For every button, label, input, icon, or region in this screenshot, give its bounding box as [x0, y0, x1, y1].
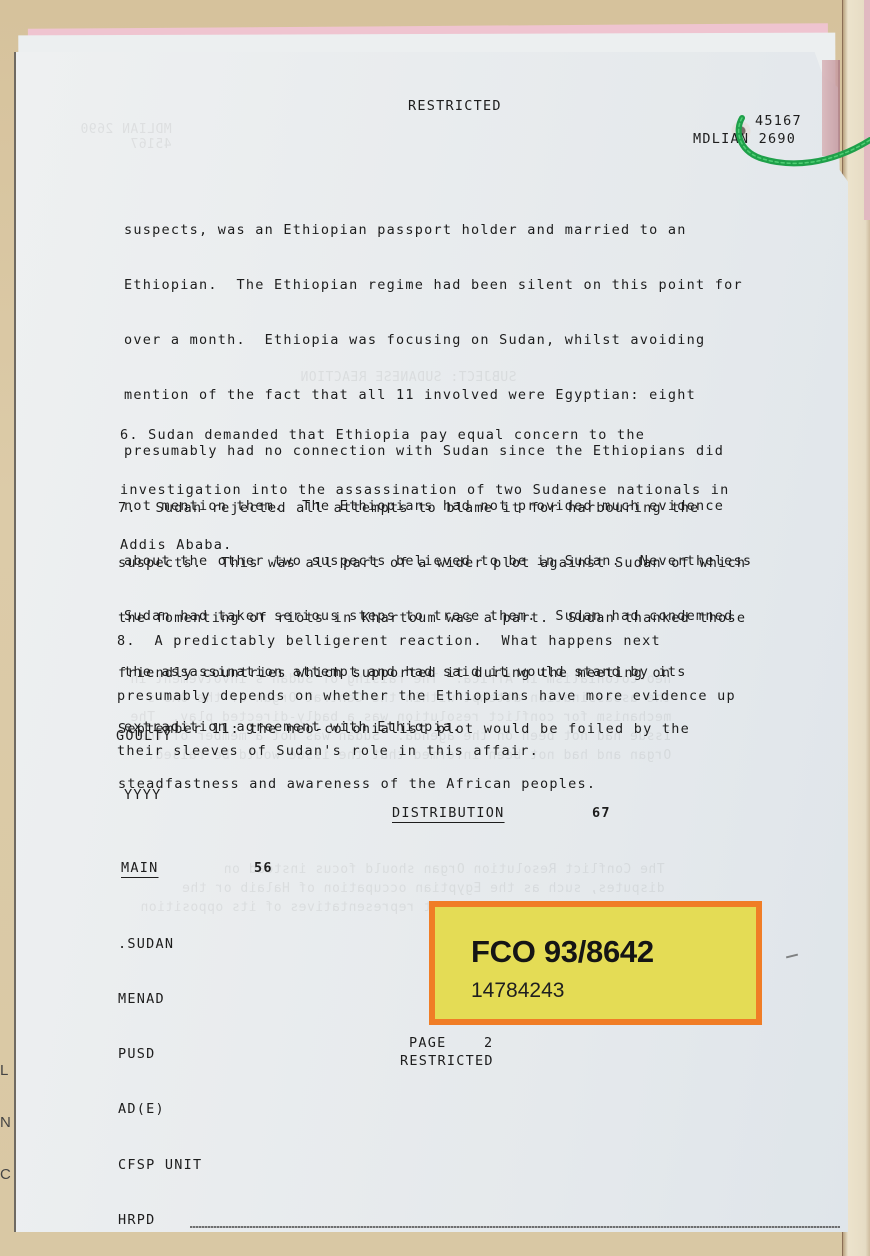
text-line: suspects, was an Ethiopian passport hold… [124, 221, 752, 239]
edge-letter: L [0, 1062, 12, 1114]
folder-edge-letters: L N C [0, 1062, 12, 1218]
text-line: presumably depends on whether the Ethiop… [117, 687, 736, 705]
folder-edge-line [190, 1226, 840, 1228]
main-distribution-label: MAIN [121, 859, 159, 877]
recipient: MENAD [118, 990, 202, 1008]
text-line: 8. A predictably belligerent reaction. W… [117, 632, 736, 650]
edge-letter: C [0, 1166, 12, 1218]
text-line: 7. Sudan rejected all attempts to blame … [118, 499, 746, 517]
archive-reference-label: FCO 93/8642 14784243 [429, 901, 762, 1025]
recipient: AD(E) [118, 1100, 202, 1118]
text-line: suspects. This was all part of a wider p… [118, 554, 746, 572]
archive-reference: FCO 93/8642 [471, 934, 654, 970]
edge-letter: N [0, 1114, 12, 1166]
reference-number: 45167 [755, 112, 802, 130]
archive-id: 14784243 [471, 979, 564, 1003]
recipient: PUSD [118, 1045, 202, 1063]
reference-code: MDLIAN 2690 [693, 130, 796, 148]
text-line: 6. Sudan demanded that Ethiopia pay equa… [120, 426, 730, 444]
page-number: PAGE 2 [409, 1034, 493, 1052]
distribution-list: .SUDAN MENAD PUSD AD(E) CFSP UNIT HRPD [118, 898, 202, 1248]
main-distribution-count: 56 [254, 859, 273, 877]
signature: GOULTY [116, 727, 172, 745]
recipient: CFSP UNIT [118, 1156, 202, 1174]
classification-footer: RESTRICTED [400, 1052, 494, 1070]
text-line: their sleeves of Sudan's role in this af… [117, 742, 736, 760]
distribution-label: DISTRIBUTION [392, 804, 505, 822]
text-line: over a month. Ethiopia was focusing on S… [124, 331, 752, 349]
text-line: Ethiopian. The Ethiopian regime had been… [124, 276, 752, 294]
distribution-count: 67 [592, 804, 611, 822]
paragraph-8: 8. A predictably belligerent reaction. W… [117, 595, 736, 779]
end-marker: YYYY [124, 786, 162, 804]
classification-header: RESTRICTED [408, 97, 502, 115]
recipient: .SUDAN [118, 935, 202, 953]
torn-corner [822, 60, 840, 156]
pink-tab [864, 0, 870, 220]
